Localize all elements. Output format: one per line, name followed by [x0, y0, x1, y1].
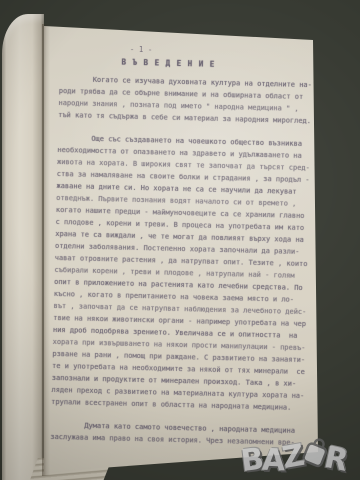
- typewritten-text-block: - 1 - В Ъ В Е Д Е Н И Е Когато се изучав…: [50, 42, 310, 449]
- watermark-letter: R: [322, 443, 351, 477]
- typewritten-paragraph: Още със създаването на човешкото обществ…: [51, 132, 308, 414]
- typewritten-paragraph: Когато се изучава духовната култура на о…: [58, 73, 309, 127]
- binding-crease-shadow: [42, 24, 50, 476]
- photo-background: - 1 - В Ъ В Е Д Е Н И Е Когато се изучав…: [0, 0, 360, 480]
- book-page-curl: [2, 14, 44, 480]
